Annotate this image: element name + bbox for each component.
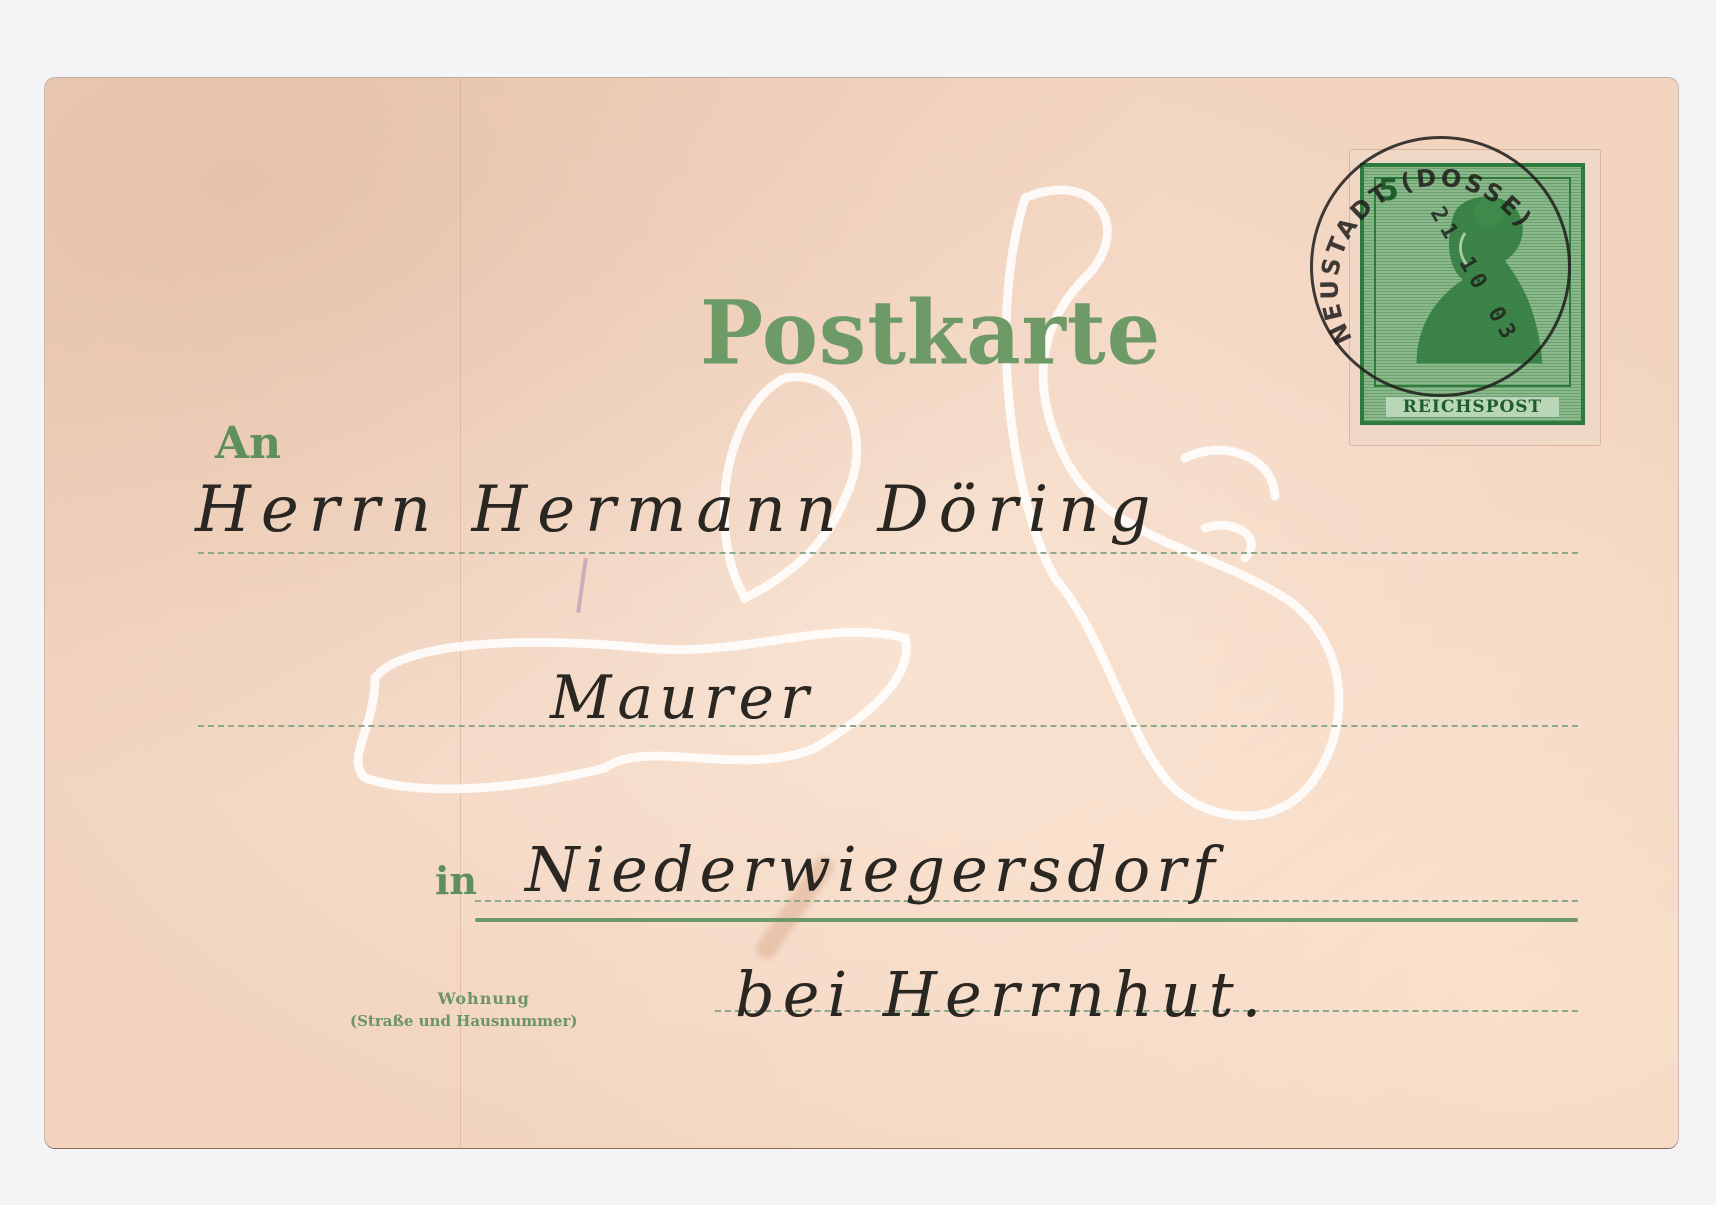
address-line-2 — [198, 725, 1578, 727]
address-line-1 — [198, 552, 1578, 554]
handwritten-line-3: Niederwiegersdorf — [525, 833, 1221, 906]
residence-label: Wohnung (Straße und Hausnummer) — [350, 988, 578, 1032]
stamp-inscription: REICHSPOST — [1386, 397, 1559, 417]
postcard-title: Postkarte — [700, 281, 1161, 385]
ink-mark — [576, 558, 588, 613]
postcard: Postkarte An in Wohnung (Straße und Haus… — [45, 78, 1678, 1148]
postmark-ring-text: NEUSTADT (DOSSE) — [1313, 139, 1568, 394]
place-underline — [475, 918, 1578, 922]
handwritten-line-4: bei Herrnhut. — [735, 958, 1269, 1031]
residence-label-text: Wohnung — [390, 988, 578, 1010]
handwritten-line-2: Maurer — [550, 663, 815, 733]
place-label: in — [435, 858, 477, 903]
handwritten-line-1: Herrn Hermann Döring — [195, 473, 1160, 547]
residence-hint: (Straße und Hausnummer) — [350, 1010, 578, 1032]
recipient-label: An — [215, 418, 281, 469]
postmark: NEUSTADT (DOSSE) — [1310, 136, 1571, 397]
